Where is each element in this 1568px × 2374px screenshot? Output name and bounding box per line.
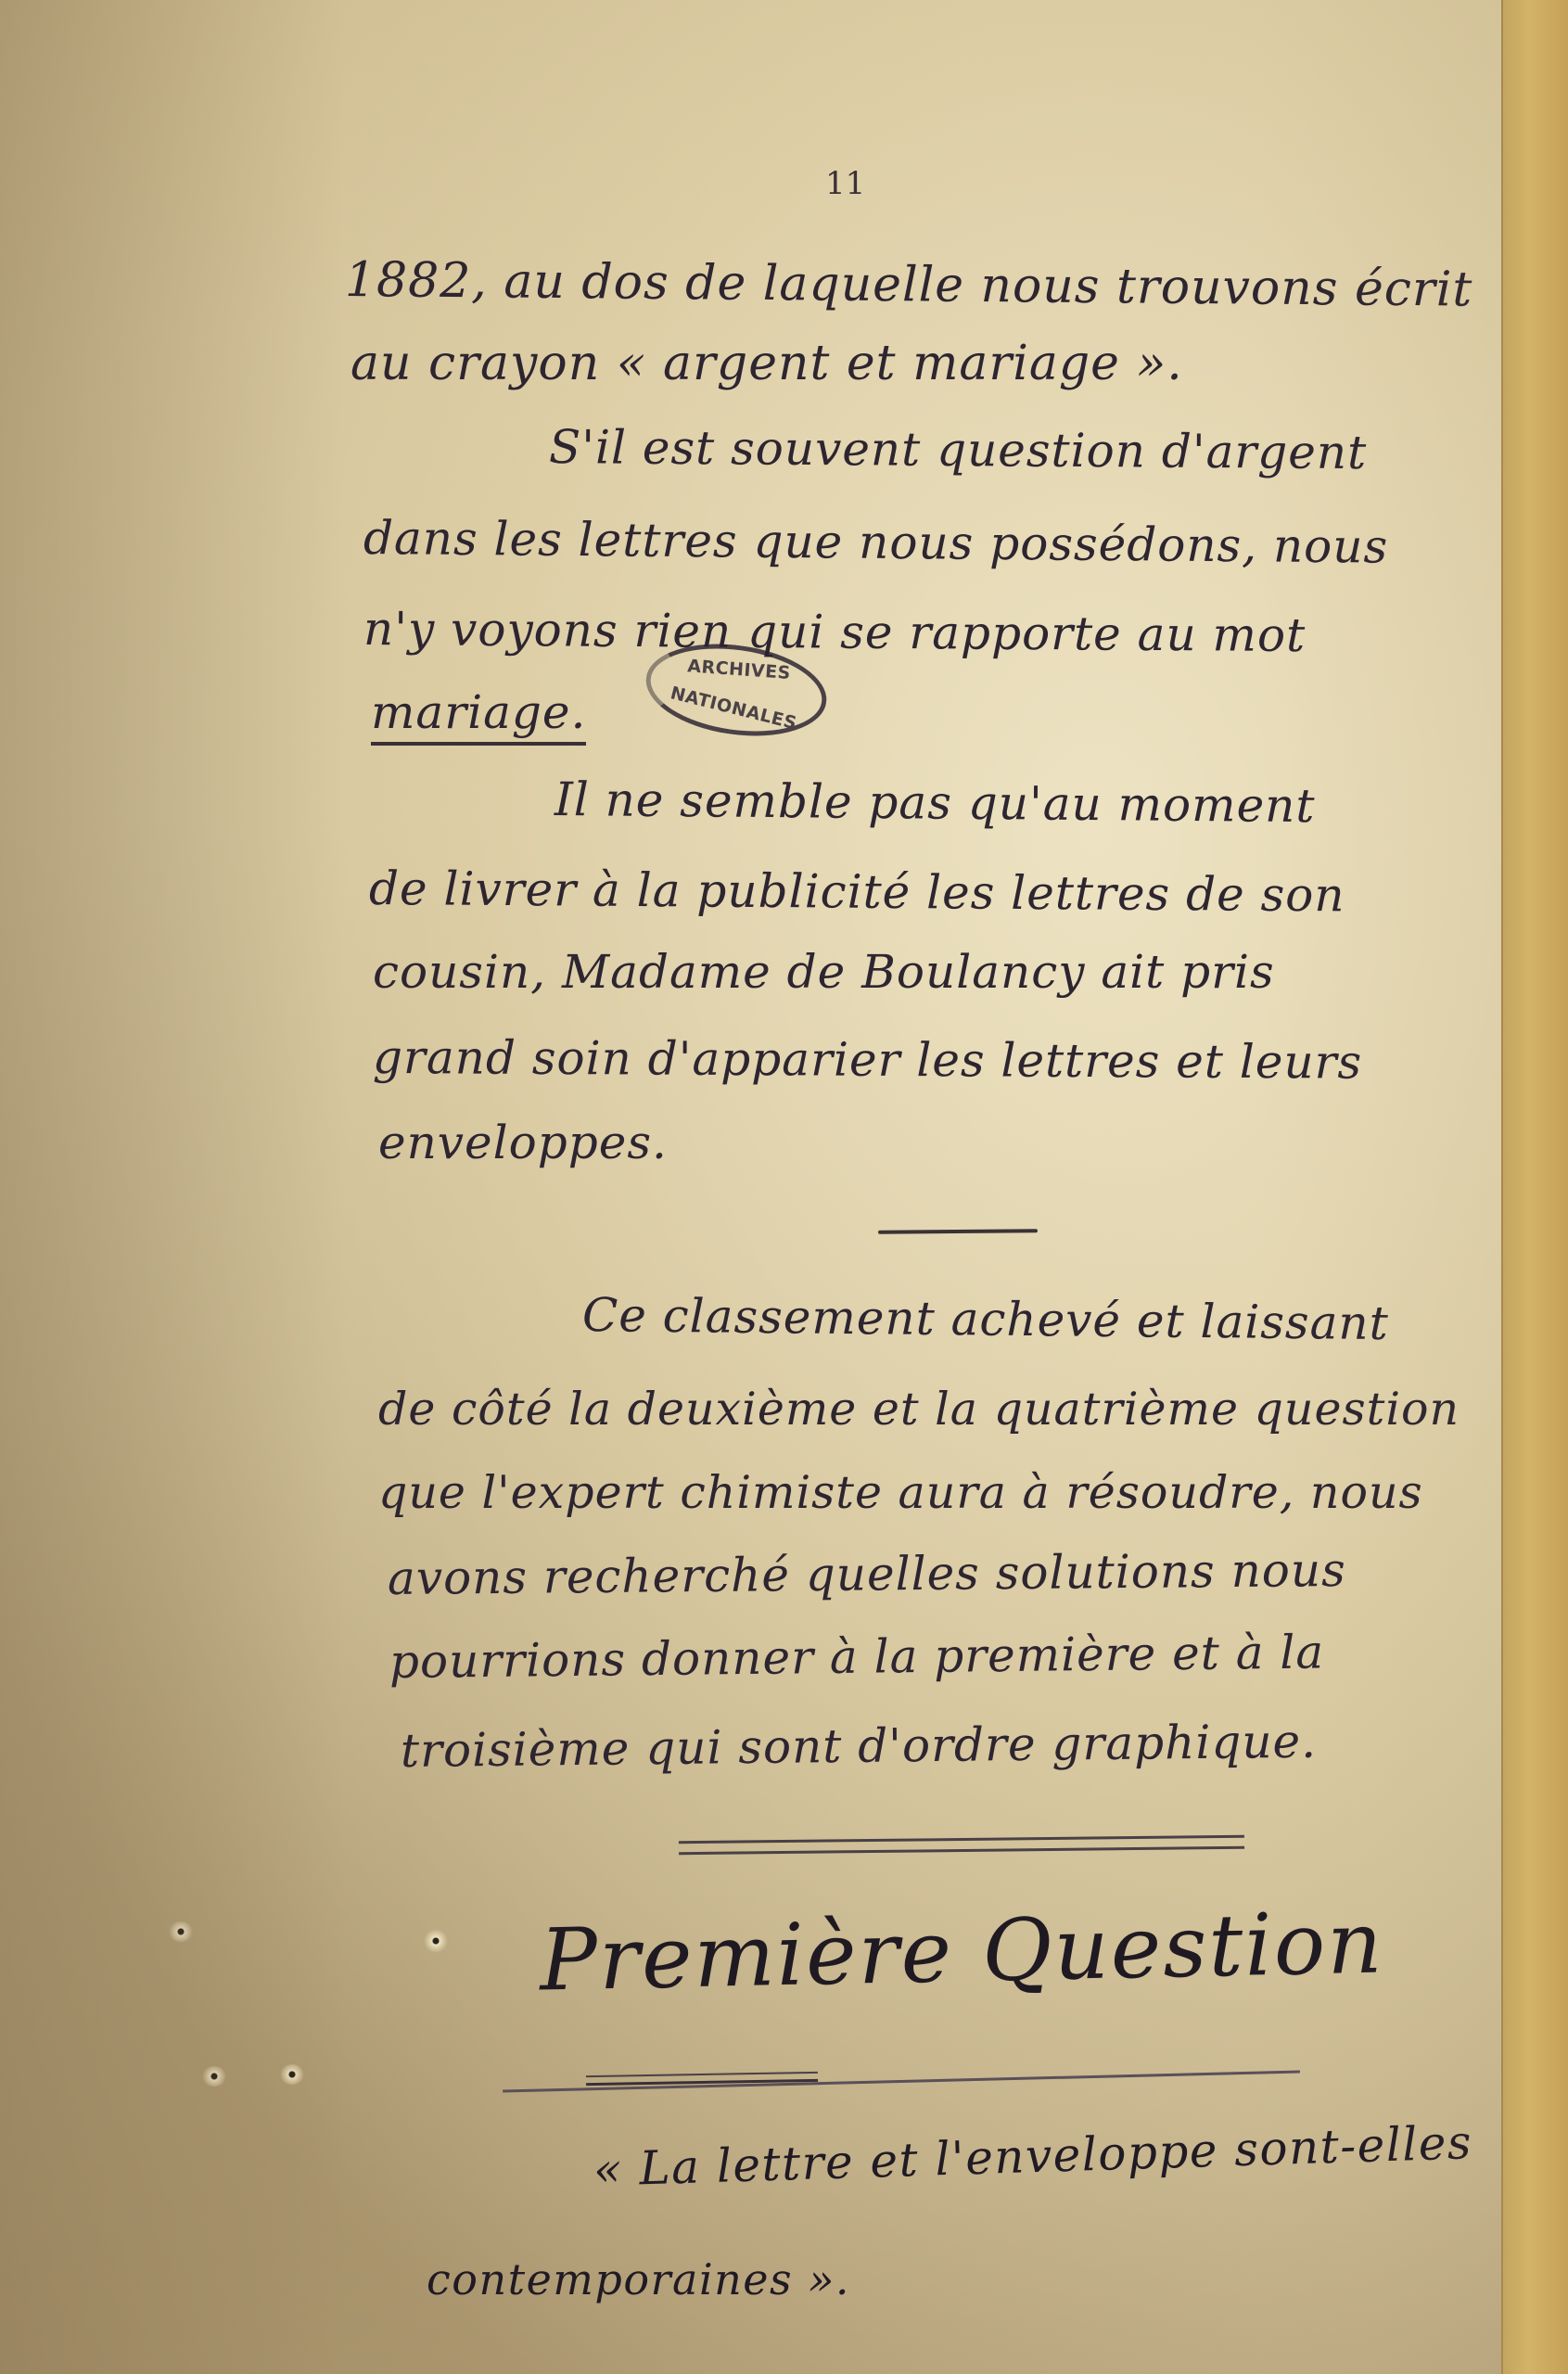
book-binding-edge — [1501, 0, 1568, 2374]
question-quote-line: contemporaines ». — [427, 2252, 850, 2307]
text-line: n'y voyons rien qui se rapporte au mot — [363, 601, 1307, 663]
binding-hole — [202, 2066, 226, 2087]
text-line: Il ne semble pas qu'au moment — [555, 772, 1316, 834]
text-line: de côté la deuxième et la quatrième ques… — [378, 1382, 1460, 1437]
text-line: S'il est souvent question d'argent — [549, 419, 1368, 480]
double-separator-rule — [679, 1835, 1244, 1855]
binding-hole — [408, 1925, 464, 1957]
stamp-bottom-text: NATIONALES — [647, 678, 820, 739]
text-line: cousin, Madame de Boulancy ait pris — [373, 944, 1275, 1000]
text-line: que l'expert chimiste aura à résoudre, n… — [378, 1465, 1423, 1521]
question-quote-line: « La lettre et l'enveloppe sont-elles — [593, 2114, 1473, 2198]
text-line: dans les lettres que nous possédons, nou… — [363, 510, 1389, 575]
binding-hole — [280, 2064, 304, 2085]
page-number: 11 — [825, 165, 865, 202]
text-line: troisième qui sont d'ordre graphique. — [401, 1714, 1318, 1779]
text-line: au crayon « argent et mariage ». — [351, 336, 1183, 391]
separator-rule — [878, 1229, 1038, 1234]
binding-hole — [169, 1921, 193, 1942]
text-line: grand soin d'apparier les lettres et leu… — [373, 1029, 1363, 1091]
manuscript-page: 11 1882, au dos de laquelle nous trouvon… — [0, 0, 1568, 2374]
text-line: Ce classement achevé et laissant — [582, 1287, 1389, 1351]
text-line: de livrer à la publicité les lettres de … — [369, 861, 1345, 923]
text-line: 1882, au dos de laquelle nous trouvons é… — [345, 252, 1473, 318]
text-line: pourrions donner à la première et à la — [389, 1624, 1325, 1690]
text-line: avons recherché quelles solutions nous — [388, 1542, 1346, 1606]
section-heading: Première Question — [539, 1892, 1385, 2011]
underlined-word-mariage: mariage. — [371, 684, 586, 746]
text-line: enveloppes. — [378, 1115, 668, 1170]
